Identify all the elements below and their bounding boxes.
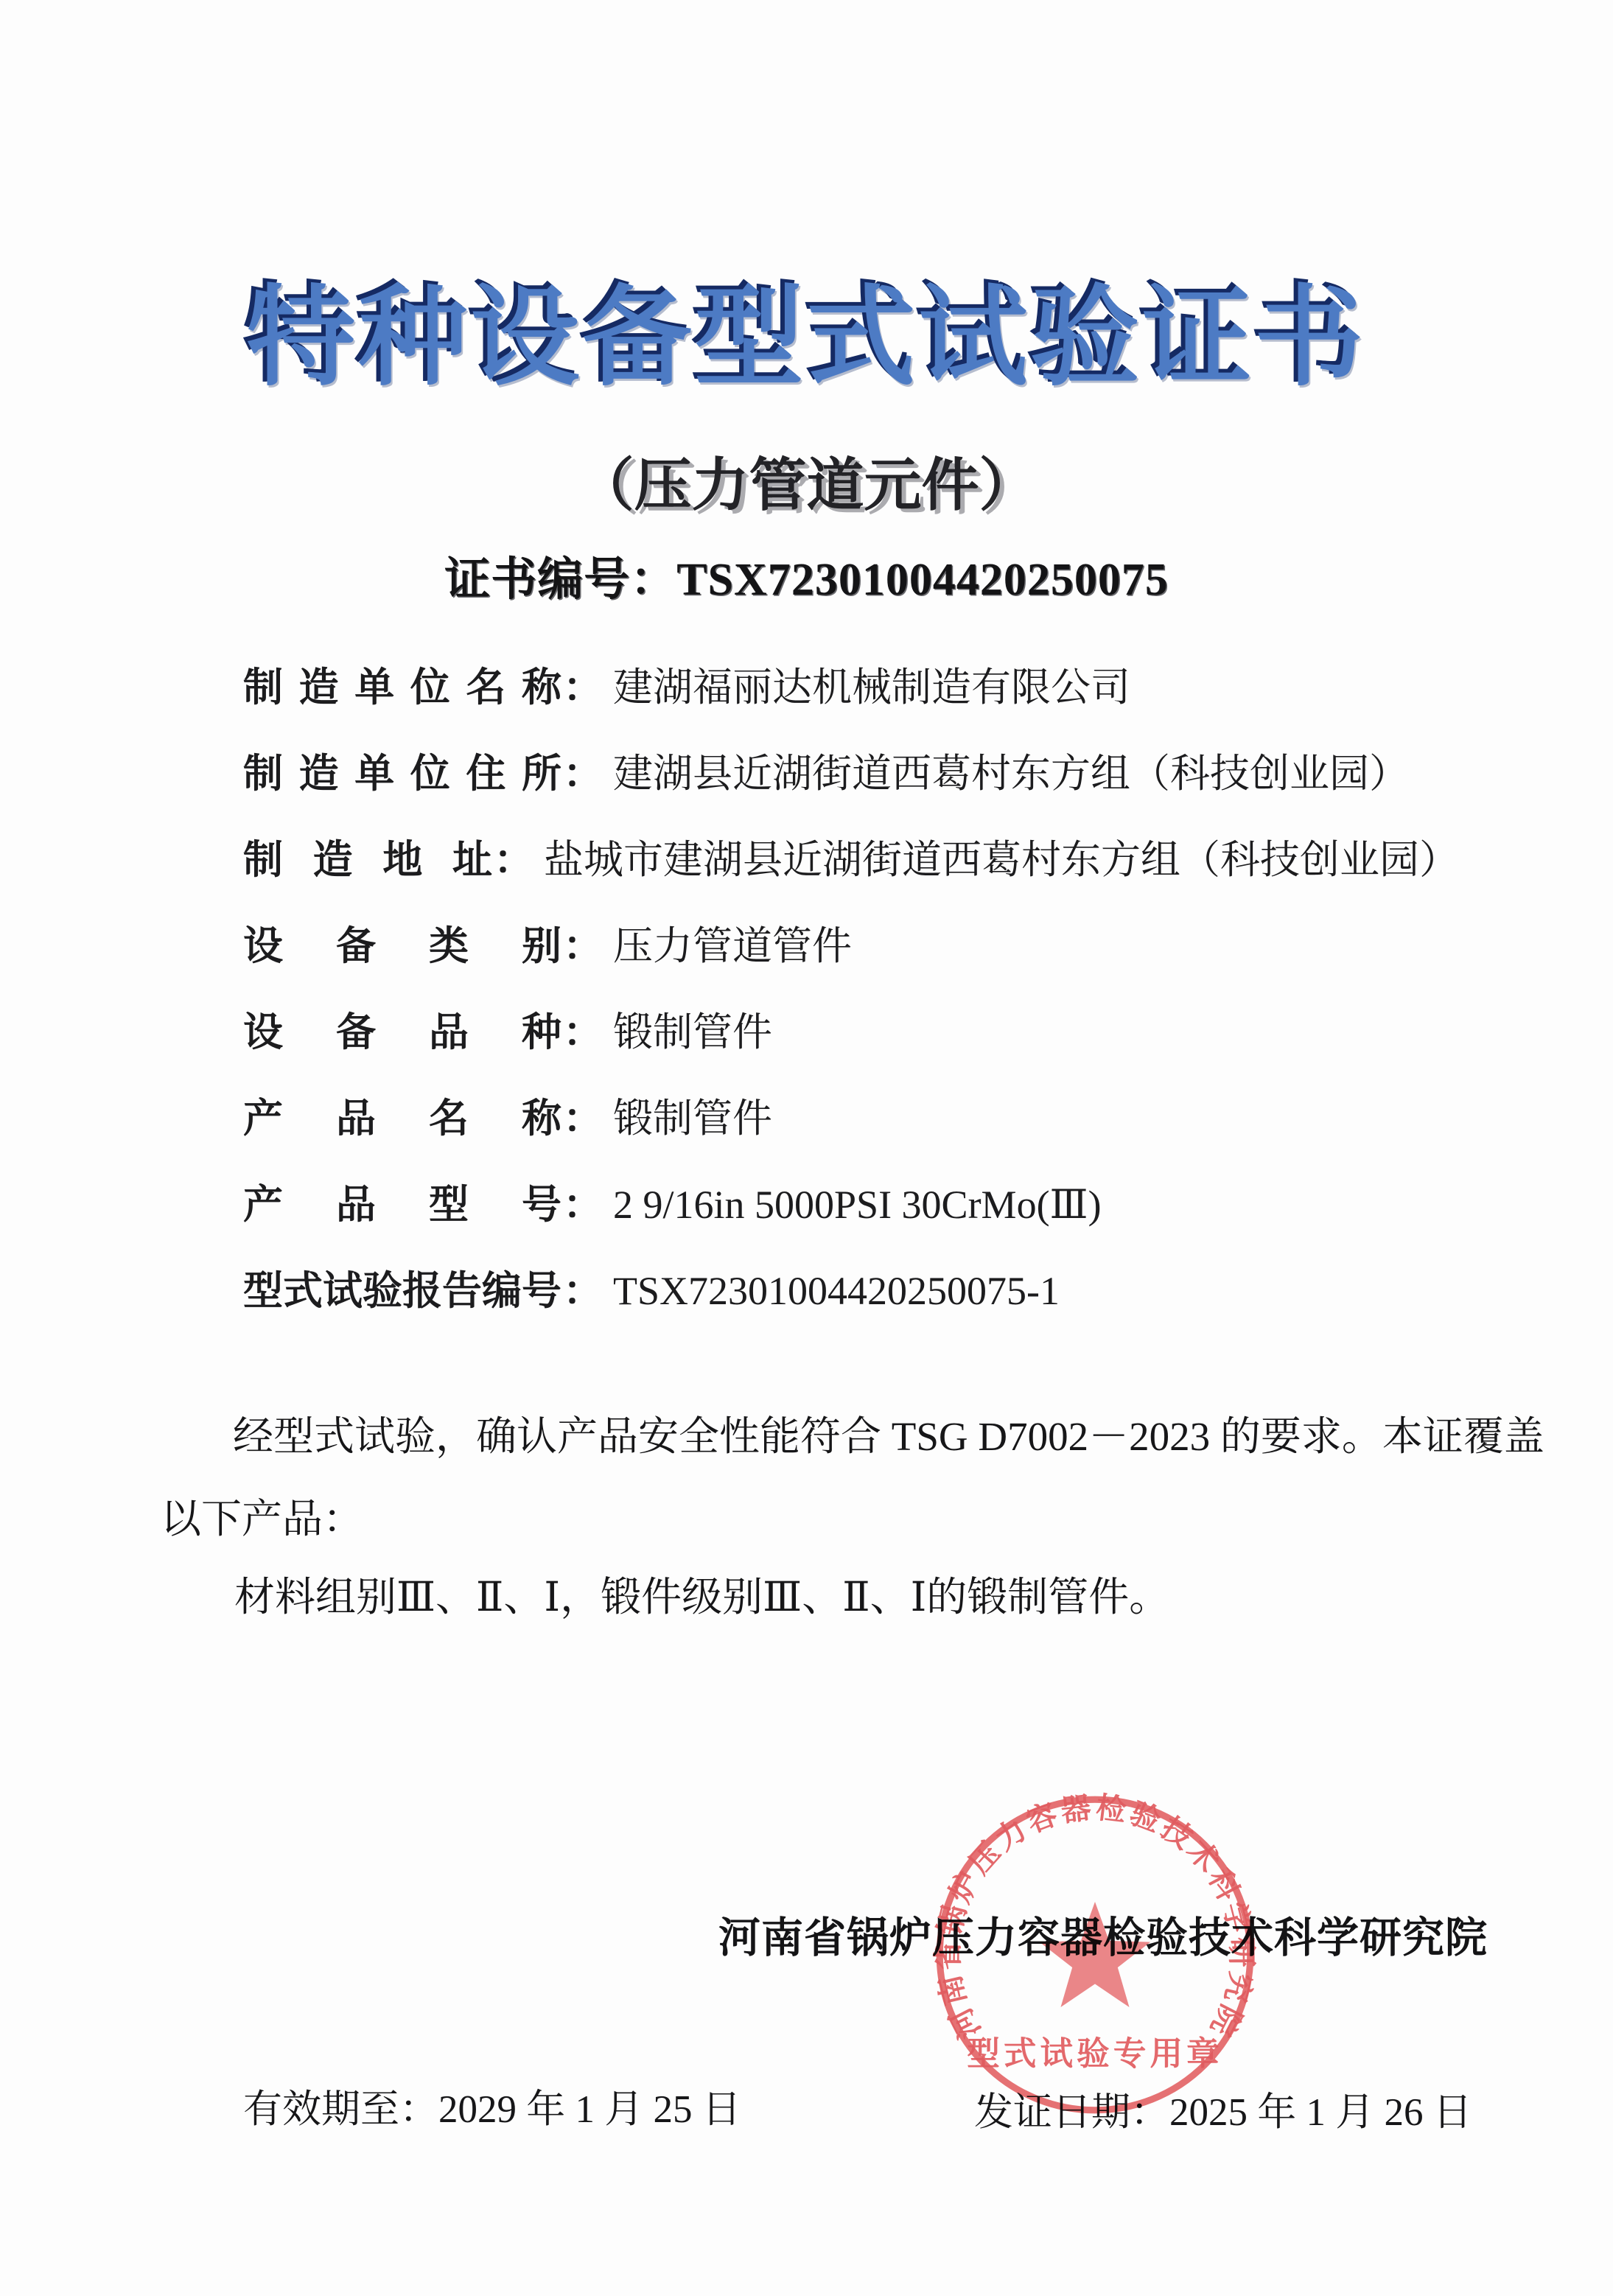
field-colon: ： (563, 1268, 603, 1314)
field-colon: ： (563, 665, 603, 710)
field-value: 压力管道管件 (613, 923, 852, 969)
field-row-equipment-category: 设备类别：压力管道管件 (243, 923, 1459, 1009)
field-label: 制造单位名称 (243, 665, 561, 710)
statement-line-1: 经型式试验，确认产品安全性能符合 TSG D7002－2023 的要求。本证覆盖 (233, 1413, 1544, 1460)
field-row-type-test-report-number: 型式试验报告编号：TSX72301004420250075-1 (243, 1268, 1459, 1354)
valid-until-line: 有效期至：2029 年 1 月 25 日 (243, 2078, 741, 2134)
field-colon: ： (563, 751, 603, 797)
field-label: 设备类别 (243, 923, 561, 969)
field-row-product-name: 产品名称：锻制管件 (243, 1096, 1459, 1182)
field-colon: ： (563, 1182, 603, 1228)
field-colon: ： (563, 1096, 603, 1141)
official-red-seal: 河南省锅炉压力容器检验技术科学研究院 型式试验专用章 (927, 1787, 1263, 2123)
seal-bottom-text: 型式试验专用章 (967, 2035, 1223, 2072)
certificate-number-value: TSX72301004420250075 (676, 555, 1169, 605)
certificate-title: 特种设备型式试验证书 (0, 251, 1613, 407)
field-row-equipment-variety: 设备品种：锻制管件 (243, 1009, 1459, 1096)
field-label: 制造单位住所 (243, 751, 561, 797)
field-row-manufacture-address: 制造地址：盐城市建湖县近湖街道西葛村东方组（科技创业园） (243, 837, 1459, 923)
field-row-manufacturer-residence: 制造单位住所：建湖县近湖街道西葛村东方组（科技创业园） (243, 751, 1459, 837)
field-label: 设备品种 (243, 1009, 561, 1055)
field-label: 型式试验报告编号 (243, 1268, 561, 1314)
valid-until-label: 有效期至： (243, 2088, 438, 2131)
certificate-page: 特种设备型式试验证书 （压力管道元件） 证书编号：TSX723010044202… (0, 0, 1613, 2296)
field-value: 建湖福丽达机械制造有限公司 (613, 665, 1130, 710)
field-row-manufacturer-name: 制造单位名称：建湖福丽达机械制造有限公司 (243, 665, 1459, 751)
seal-star-icon (1040, 1902, 1150, 2007)
certificate-number-line: 证书编号：TSX72301004420250075 (0, 542, 1613, 608)
field-row-product-model: 产品型号：2 9/16in 5000PSI 30CrMo(Ⅲ) (243, 1182, 1459, 1268)
field-value: TSX72301004420250075-1 (613, 1268, 1060, 1314)
statement-line-2: 以下产品： (161, 1496, 363, 1543)
field-value: 建湖县近湖街道西葛村东方组（科技创业园） (613, 751, 1409, 797)
field-colon: ： (563, 1009, 603, 1055)
field-label: 制造地址 (243, 837, 492, 883)
field-list: 制造单位名称：建湖福丽达机械制造有限公司 制造单位住所：建湖县近湖街道西葛村东方… (243, 665, 1459, 1354)
field-value: 锻制管件 (613, 1009, 772, 1055)
field-label: 产品型号 (243, 1182, 561, 1228)
field-value: 2 9/16in 5000PSI 30CrMo(Ⅲ) (613, 1182, 1102, 1228)
statement-line-3: 材料组别Ⅲ、Ⅱ、Ⅰ，锻件级别Ⅲ、Ⅱ、Ⅰ的锻制管件。 (234, 1574, 1169, 1621)
field-label: 产品名称 (243, 1096, 561, 1141)
field-colon: ： (494, 837, 533, 883)
certificate-subtitle: （压力管道元件） (0, 439, 1613, 522)
valid-until-value: 2029 年 1 月 25 日 (438, 2088, 741, 2131)
field-colon: ： (563, 923, 603, 969)
field-value: 锻制管件 (613, 1096, 772, 1141)
certificate-number-label: 证书编号： (444, 555, 676, 605)
field-value: 盐城市建湖县近湖街道西葛村东方组（科技创业园） (544, 837, 1459, 883)
